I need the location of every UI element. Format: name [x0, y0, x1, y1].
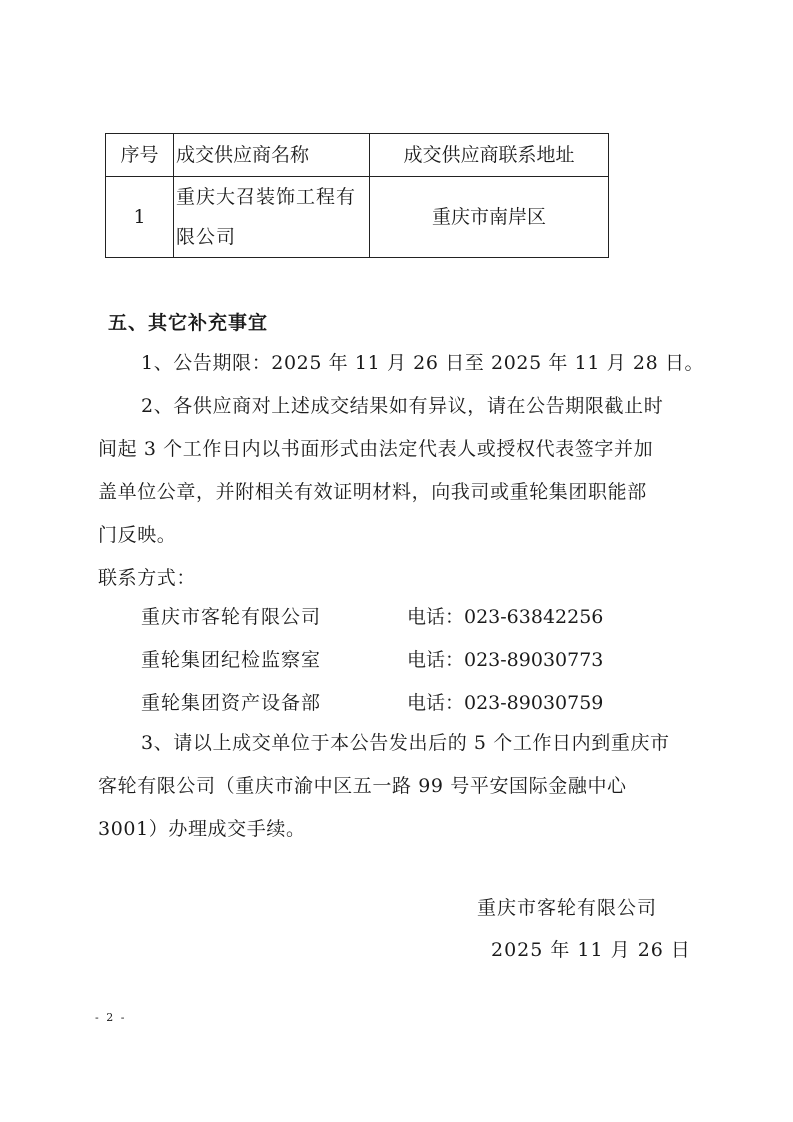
document-page: 序号 成交供应商名称 成交供应商联系地址 1 重庆大召装饰工程有 限公司 重庆市… [0, 0, 793, 1122]
section-heading: 五、其它补充事宜 [108, 308, 268, 335]
header-supplier-address: 成交供应商联系地址 [370, 134, 609, 177]
item-3-line-1: 3、请以上成交单位于本公告发出后的 5 个工作日内到重庆市 [141, 722, 670, 765]
contact-name-3: 重轮集团资产设备部 [141, 688, 321, 715]
signature-company: 重庆市客轮有限公司 [477, 893, 657, 920]
item-3-line-2: 客轮有限公司（重庆市渝中区五一路 99 号平安国际金融中心 [98, 765, 627, 808]
contact-phone-3: 电话：023-89030759 [407, 688, 603, 715]
cell-supplier-address: 重庆市南岸区 [370, 177, 609, 258]
item-1-period: 1、公告期限：2025 年 11 月 26 日至 2025 年 11 月 28 … [141, 342, 704, 385]
header-index: 序号 [106, 134, 174, 177]
item-2-line-4: 门反映。 [98, 514, 176, 557]
supplier-name-line-2: 限公司 [176, 217, 369, 257]
signature-date: 2025 年 11 月 26 日 [491, 935, 691, 962]
table-header-row: 序号 成交供应商名称 成交供应商联系地址 [106, 134, 609, 177]
supplier-name-line-1: 重庆大召装饰工程有 [176, 177, 369, 217]
award-result-table: 序号 成交供应商名称 成交供应商联系地址 1 重庆大召装饰工程有 限公司 重庆市… [105, 133, 609, 258]
contact-phone-1: 电话：023-63842256 [407, 602, 603, 629]
table-row: 1 重庆大召装饰工程有 限公司 重庆市南岸区 [106, 177, 609, 258]
contact-label: 联系方式： [98, 557, 196, 600]
cell-index: 1 [106, 177, 174, 258]
contact-phone-2: 电话：023-89030773 [407, 645, 603, 672]
header-supplier-name: 成交供应商名称 [174, 134, 370, 177]
contact-name-1: 重庆市客轮有限公司 [141, 602, 321, 629]
item-2-line-3: 盖单位公章，并附相关有效证明材料，向我司或重轮集团职能部 [98, 471, 647, 514]
contact-name-2: 重轮集团纪检监察室 [141, 645, 321, 672]
item-2-line-1: 2、各供应商对上述成交结果如有异议，请在公告期限截止时 [141, 385, 663, 428]
item-3-line-3: 3001）办理成交手续。 [98, 808, 306, 851]
cell-supplier-name: 重庆大召装饰工程有 限公司 [174, 177, 370, 258]
item-2-line-2: 间起 3 个工作日内以书面形式由法定代表人或授权代表签字并加 [98, 428, 653, 471]
page-number: - 2 - [95, 1011, 126, 1024]
